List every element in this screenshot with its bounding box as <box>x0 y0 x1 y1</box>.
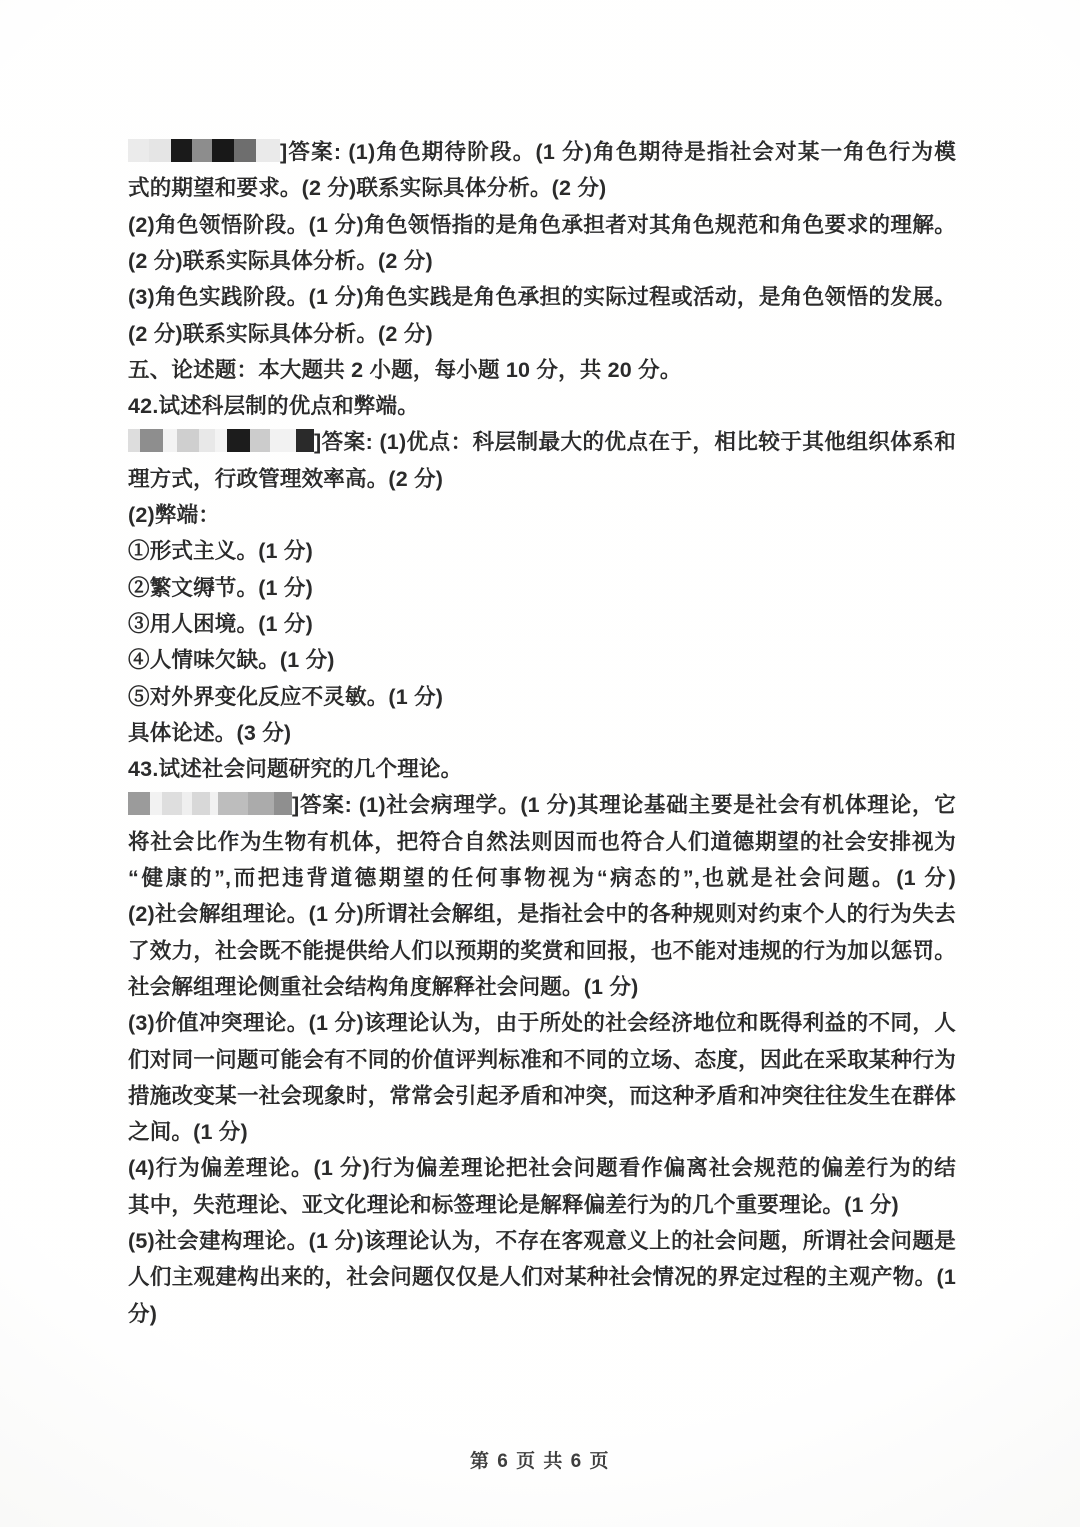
redaction-pixel <box>192 139 212 162</box>
line-text: (2)角色领悟阶段。(1 分)角色领悟指的是角色承担者对其角色规范和角色要求的理… <box>128 213 956 237</box>
redaction-pixel <box>171 139 192 162</box>
line-text: (2 分)联系实际具体分析。(2 分) <box>128 249 433 273</box>
line-text: 理方式，行政管理效率高。(2 分) <box>128 467 443 491</box>
text-line: 具体论述。(3 分) <box>128 715 956 752</box>
line-text: 之间。(1 分) <box>128 1120 248 1144</box>
line-text: 其中，失范理论、亚文化理论和标签理论是解释偏差行为的几个重要理论。(1 分) <box>128 1193 899 1217</box>
text-line: 社会解组理论侧重社会结构角度解释社会问题。(1 分) <box>128 969 956 1006</box>
text-line: 了效力，社会既不能提供给人们以预期的奖赏和回报，也不能对违规的行为加以惩罚。 <box>128 933 956 970</box>
redaction-pixel <box>256 139 280 162</box>
text-line: ]答案: (1)社会病理学。(1 分)其理论基础主要是社会有机体理论，它 <box>128 787 956 824</box>
line-text: ]答案: (1)角色期待阶段。(1 分)角色期待是指社会对某一角色行为模 <box>280 140 956 164</box>
redaction-pixel <box>128 792 150 815</box>
redaction-pixel <box>140 429 163 452</box>
text-line: 将社会比作为生物有机体，把符合自然法则因而也符合人们道德期望的社会安排视为 <box>128 824 956 861</box>
text-line: 之间。(1 分) <box>128 1114 956 1151</box>
text-line: ②繁文缛节。(1 分) <box>128 570 956 607</box>
redaction-pixel <box>212 139 234 162</box>
redaction-pixel <box>296 429 314 452</box>
line-text: 式的期望和要求。(2 分)联系实际具体分析。(2 分) <box>128 176 606 200</box>
text-line: ①形式主义。(1 分) <box>128 533 956 570</box>
text-line: 人们主观建构出来的，社会问题仅仅是人们对某种社会情况的界定过程的主观产物。(1 <box>128 1259 956 1296</box>
line-text: ①形式主义。(1 分) <box>128 539 313 563</box>
text-line: “健康的”,而把违背道德期望的任何事物视为“病态的”,也就是社会问题。(1 分) <box>128 860 956 897</box>
line-text: 了效力，社会既不能提供给人们以预期的奖赏和回报，也不能对违规的行为加以惩罚。 <box>128 939 956 963</box>
line-text: (3)价值冲突理论。(1 分)该理论认为，由于所处的社会经济地位和既得利益的不同… <box>128 1011 956 1035</box>
line-text: 分) <box>128 1302 157 1326</box>
line-text: 42.试述科层制的优点和弊端。 <box>128 394 419 418</box>
text-line: ⑤对外界变化反应不灵敏。(1 分) <box>128 679 956 716</box>
text-line: (2)弊端： <box>128 497 956 534</box>
text-line: (5)社会建构理论。(1 分)该理论认为，不存在客观意义上的社会问题，所谓社会问… <box>128 1223 956 1260</box>
redacted-watermark <box>128 429 314 452</box>
line-text: 五、论述题：本大题共 2 小题，每小题 10 分，共 20 分。 <box>128 358 682 382</box>
text-line: 理方式，行政管理效率高。(2 分) <box>128 461 956 498</box>
redaction-pixel <box>162 792 182 815</box>
text-line: 43.试述社会问题研究的几个理论。 <box>128 751 956 788</box>
line-text: 社会解组理论侧重社会结构角度解释社会问题。(1 分) <box>128 975 638 999</box>
line-text: (4)行为偏差理论。(1 分)行为偏差理论把社会问题看作偏离社会规范的偏差行为的… <box>128 1156 956 1187</box>
redaction-pixel <box>177 429 199 452</box>
line-text: (5)社会建构理论。(1 分)该理论认为，不存在客观意义上的社会问题，所谓社会问… <box>128 1229 956 1253</box>
line-text: 具体论述。(3 分) <box>128 721 291 745</box>
redaction-pixel <box>215 429 227 452</box>
answer-sheet-body: ]答案: (1)角色期待阶段。(1 分)角色期待是指社会对某一角色行为模式的期望… <box>128 134 956 1332</box>
text-line: 42.试述科层制的优点和弊端。 <box>128 388 956 425</box>
line-text: (3)角色实践阶段。(1 分)角色实践是角色承担的实际过程或活动，是角色领悟的发… <box>128 285 956 309</box>
text-line: (4)行为偏差理论。(1 分)行为偏差理论把社会问题看作偏离社会规范的偏差行为的… <box>128 1150 956 1187</box>
text-line: 五、论述题：本大题共 2 小题，每小题 10 分，共 20 分。 <box>128 352 956 389</box>
redacted-watermark <box>128 792 292 815</box>
line-text: 措施改变某一社会现象时，常常会引起矛盾和冲突，而这种矛盾和冲突往往发生在群体 <box>128 1084 956 1108</box>
line-text: “健康的”,而把违背道德期望的任何事物视为“病态的”,也就是社会问题。(1 分) <box>128 866 956 890</box>
text-line: 措施改变某一社会现象时，常常会引起矛盾和冲突，而这种矛盾和冲突往往发生在群体 <box>128 1078 956 1115</box>
text-line: 们对同一问题可能会有不同的价值评判标准和不同的立场、态度，因此在采取某种行为 <box>128 1042 956 1079</box>
line-text: (2)社会解组理论。(1 分)所谓社会解组，是指社会中的各种规则对约束个人的行为… <box>128 902 956 926</box>
line-text: 43.试述社会问题研究的几个理论。 <box>128 757 462 781</box>
text-line: ④人情味欠缺。(1 分) <box>128 642 956 679</box>
line-text: ③用人困境。(1 分) <box>128 612 313 636</box>
line-text: 人们主观建构出来的，社会问题仅仅是人们对某种社会情况的界定过程的主观产物。(1 <box>128 1265 956 1289</box>
redaction-pixel <box>199 429 215 452</box>
text-line: ]答案: (1)优点：科层制最大的优点在于，相比较于其他组织体系和管 <box>128 424 956 461</box>
redaction-pixel <box>270 429 296 452</box>
redaction-pixel <box>218 792 248 815</box>
page-number-footer: 第 6 页 共 6 页 <box>0 1446 1080 1473</box>
redaction-pixel <box>192 792 210 815</box>
redaction-pixel <box>150 792 162 815</box>
scanned-document-page: ]答案: (1)角色期待阶段。(1 分)角色期待是指社会对某一角色行为模式的期望… <box>0 0 1080 1527</box>
redaction-pixel <box>163 429 177 452</box>
text-line: 式的期望和要求。(2 分)联系实际具体分析。(2 分) <box>128 170 956 207</box>
text-line: (2)角色领悟阶段。(1 分)角色领悟指的是角色承担者对其角色规范和角色要求的理… <box>128 207 956 244</box>
line-text: ]答案: (1)社会病理学。(1 分)其理论基础主要是社会有机体理论，它 <box>292 793 956 817</box>
text-line: (3)价值冲突理论。(1 分)该理论认为，由于所处的社会经济地位和既得利益的不同… <box>128 1005 956 1042</box>
redaction-pixel <box>128 429 140 452</box>
text-line: (2 分)联系实际具体分析。(2 分) <box>128 316 956 353</box>
redaction-pixel <box>248 792 274 815</box>
redaction-pixel <box>182 792 192 815</box>
redaction-pixel <box>250 429 270 452</box>
line-text: 将社会比作为生物有机体，把符合自然法则因而也符合人们道德期望的社会安排视为 <box>128 830 956 854</box>
redaction-pixel <box>210 792 218 815</box>
redaction-pixel <box>234 139 256 162</box>
text-line: (3)角色实践阶段。(1 分)角色实践是角色承担的实际过程或活动，是角色领悟的发… <box>128 279 956 316</box>
line-text: ⑤对外界变化反应不灵敏。(1 分) <box>128 685 443 709</box>
line-text: (2)弊端： <box>128 503 220 527</box>
text-line: (2 分)联系实际具体分析。(2 分) <box>128 243 956 280</box>
text-line: 其中，失范理论、亚文化理论和标签理论是解释偏差行为的几个重要理论。(1 分) <box>128 1187 956 1224</box>
redaction-pixel <box>149 139 171 162</box>
line-text: (2 分)联系实际具体分析。(2 分) <box>128 322 433 346</box>
text-line: ③用人困境。(1 分) <box>128 606 956 643</box>
line-text: 们对同一问题可能会有不同的价值评判标准和不同的立场、态度，因此在采取某种行为 <box>128 1048 956 1072</box>
redaction-pixel <box>128 139 149 162</box>
line-text: ④人情味欠缺。(1 分) <box>128 648 335 672</box>
text-line: (2)社会解组理论。(1 分)所谓社会解组，是指社会中的各种规则对约束个人的行为… <box>128 896 956 933</box>
redacted-watermark <box>128 139 280 162</box>
redaction-pixel <box>274 792 292 815</box>
text-line: 分) <box>128 1296 956 1333</box>
line-text: ②繁文缛节。(1 分) <box>128 576 313 600</box>
text-line: ]答案: (1)角色期待阶段。(1 分)角色期待是指社会对某一角色行为模 <box>128 134 956 171</box>
redaction-pixel <box>227 429 250 452</box>
